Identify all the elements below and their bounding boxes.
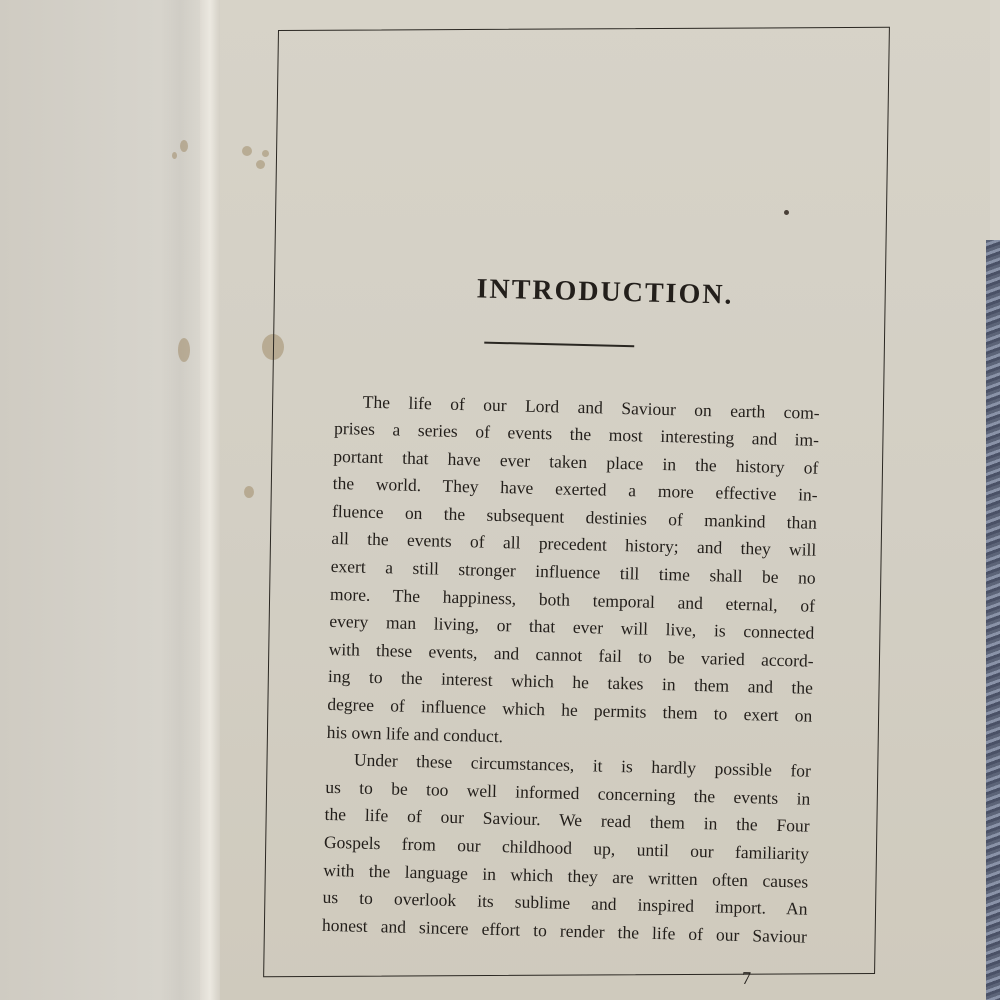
title-rule <box>484 342 634 347</box>
stain <box>172 152 177 159</box>
paragraph: The life of our Lord and Saviour on eart… <box>326 387 820 757</box>
stain <box>244 486 254 498</box>
book-gutter <box>200 0 220 1000</box>
stain <box>262 150 269 157</box>
body-text: The life of our Lord and Saviour on eart… <box>322 387 820 951</box>
stain <box>180 140 188 152</box>
stain <box>242 146 252 156</box>
paragraph: Under these circumstances, it is hardly … <box>322 746 812 951</box>
page-number: 7 <box>742 968 752 989</box>
left-page-fold <box>160 0 200 1000</box>
stain <box>256 160 265 169</box>
page-content: INTRODUCTION. The life of our Lord and S… <box>322 270 823 951</box>
background-fabric <box>986 240 1000 1000</box>
stain <box>178 338 190 362</box>
